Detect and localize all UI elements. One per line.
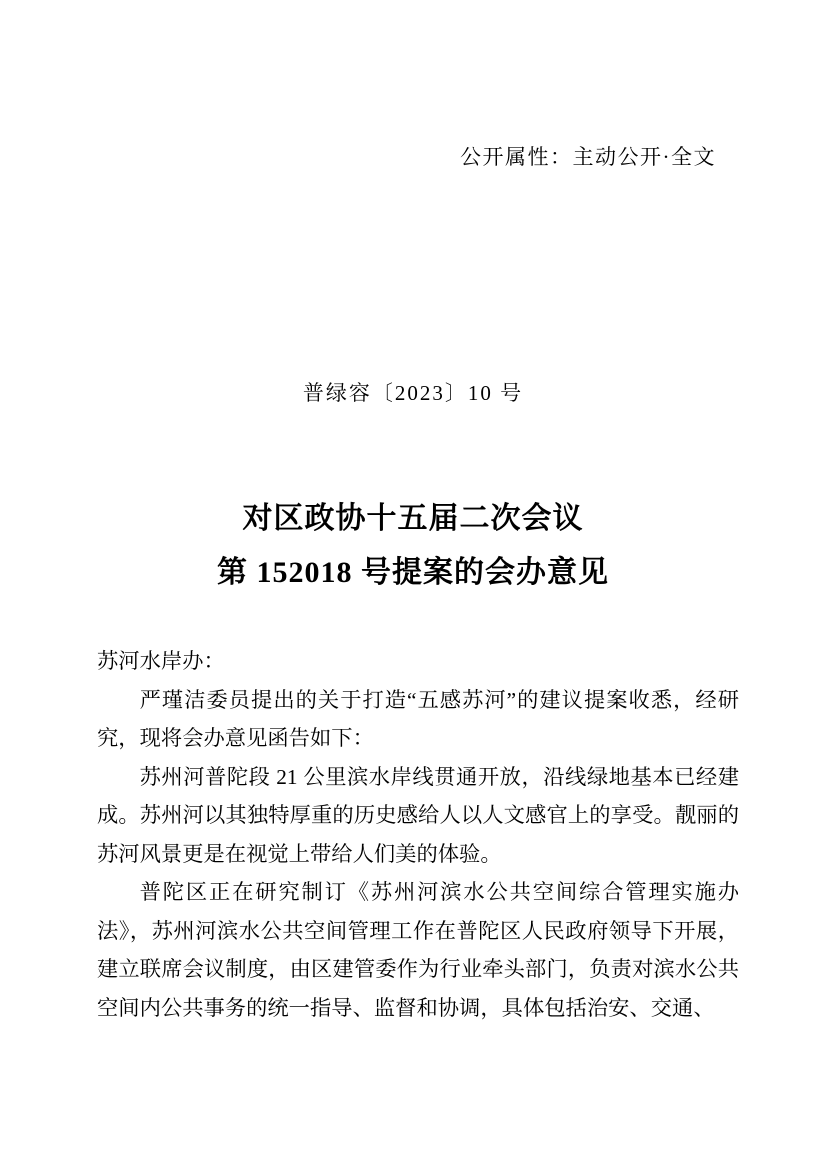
title-line-2: 第 152018 号提案的会办意见	[0, 546, 826, 600]
title-line-1: 对区政协十五届二次会议	[0, 492, 826, 546]
body-paragraph: 苏州河普陀段 21 公里滨水岸线贯通开放，沿线绿地基本已经建成。苏州河以其独特厚…	[97, 758, 739, 874]
body-paragraph: 严瑾洁委员提出的关于打造“五感苏河”的建议提案收悉，经研究，现将会办意见函告如下…	[97, 681, 739, 758]
document-body: 苏河水岸办： 严瑾洁委员提出的关于打造“五感苏河”的建议提案收悉，经研究，现将会…	[97, 642, 739, 1027]
document-number: 普绿容〔2023〕10 号	[0, 378, 826, 408]
disclosure-attribute: 公开属性：主动公开·全文	[460, 144, 716, 170]
document-title: 对区政协十五届二次会议 第 152018 号提案的会办意见	[0, 492, 826, 600]
salutation: 苏河水岸办：	[97, 642, 739, 681]
body-paragraph: 普陀区正在研究制订《苏州河滨水公共空间综合管理实施办法》，苏州河滨水公共空间管理…	[97, 873, 739, 1027]
document-page: 公开属性：主动公开·全文 普绿容〔2023〕10 号 对区政协十五届二次会议 第…	[0, 0, 826, 1169]
